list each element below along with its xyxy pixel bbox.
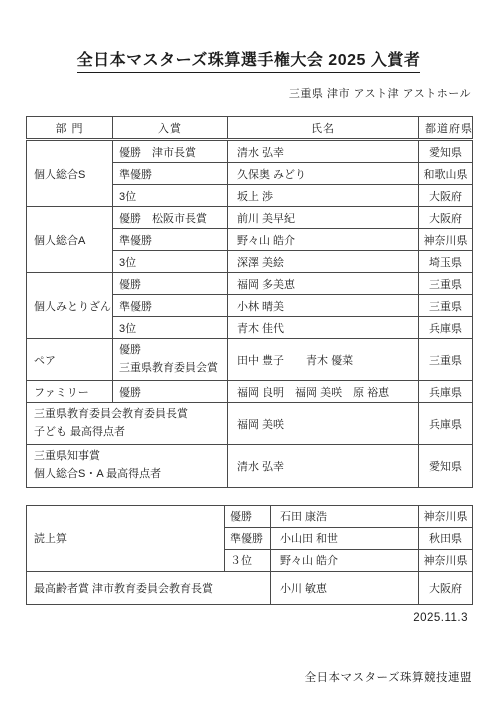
special-award-line-2: 個人総合S・A 最高得点者 (34, 466, 221, 484)
prize-cell: 準優勝 (113, 295, 228, 317)
prize-cell: 優勝 (225, 505, 271, 527)
prefecture-cell: 愛知県 (419, 140, 473, 163)
prize-cell: 3位 (113, 317, 228, 339)
prize-cell: 優勝 三重県教育委員会賞 (113, 339, 228, 381)
category-cell: 個人総合S (27, 140, 113, 207)
prefecture-cell: 埼玉県 (419, 251, 473, 273)
table-row: 個人総合S 優勝 津市長賞 清水 弘幸 愛知県 (27, 140, 473, 163)
prize-cell: 優勝 津市長賞 (113, 140, 228, 163)
header-prefecture: 都道府県 (419, 117, 473, 140)
name-cell: 清水 弘幸 (228, 445, 419, 487)
document-page: 全日本マスターズ珠算選手権大会 2025 入賞者 三重県 津市 アスト津 アスト… (0, 0, 497, 702)
table-row: ファミリー 優勝 福岡 良明 福岡 美咲 原 裕恵 兵庫県 (27, 381, 473, 403)
table-row: 最高齢者賞 津市教育委員会教育長賞 小川 敏恵 大阪府 (27, 571, 473, 604)
prize-cell: 準優勝 (113, 229, 228, 251)
prize-cell: 準優勝 (113, 163, 228, 185)
prefecture-cell: 三重県 (419, 295, 473, 317)
prefecture-cell: 兵庫県 (419, 317, 473, 339)
prize-line-2: 三重県教育委員会賞 (119, 360, 221, 378)
prefecture-cell: 大阪府 (419, 207, 473, 229)
prefecture-cell: 神奈川県 (419, 549, 473, 571)
header-row: 部 門 入賞 氏名 都道府県 (27, 117, 473, 140)
prize-cell: 3位 (113, 185, 228, 207)
group-family: ファミリー 優勝 福岡 良明 福岡 美咲 原 裕恵 兵庫県 (27, 381, 473, 403)
prefecture-cell: 兵庫県 (419, 381, 473, 403)
table-row: 三重県教育委員会教育委員長賞 子ども 最高得点者 福岡 美咲 兵庫県 (27, 403, 473, 445)
prize-cell: 優勝 松阪市長賞 (113, 207, 228, 229)
prefecture-cell: 兵庫県 (419, 403, 473, 445)
table-row: 個人総合A 優勝 松阪市長賞 前川 美早紀 大阪府 (27, 207, 473, 229)
table-row: ペア 優勝 三重県教育委員会賞 田中 豊子 青木 優菜 三重県 (27, 339, 473, 381)
prize-line-1: 優勝 (119, 342, 221, 360)
prefecture-cell: 三重県 (419, 339, 473, 381)
group-kojin-sogo-s: 個人総合S 優勝 津市長賞 清水 弘幸 愛知県 準優勝 久保奥 みどり 和歌山県… (27, 140, 473, 207)
name-cell: 前川 美早紀 (228, 207, 419, 229)
prefecture-cell: 神奈川県 (419, 229, 473, 251)
name-cell: 小林 晴美 (228, 295, 419, 317)
name-cell: 久保奥 みどり (228, 163, 419, 185)
special-award-label-cell: 三重県教育委員会教育委員長賞 子ども 最高得点者 (27, 403, 228, 445)
special-award-label-cell: 三重県知事賞 個人総合S・A 最高得点者 (27, 445, 228, 487)
name-cell: 小川 敏恵 (271, 571, 419, 604)
special-award-line-2: 子ども 最高得点者 (34, 424, 221, 442)
prize-cell: 準優勝 (225, 527, 271, 549)
name-cell: 小山田 和世 (271, 527, 419, 549)
group-kojin-sogo-a: 個人総合A 優勝 松阪市長賞 前川 美早紀 大阪府 準優勝 野々山 皓介 神奈川… (27, 207, 473, 273)
name-cell: 福岡 美咲 (228, 403, 419, 445)
name-cell: 坂上 渉 (228, 185, 419, 207)
prefecture-cell: 大阪府 (419, 571, 473, 604)
header-prize: 入賞 (113, 117, 228, 140)
yomiage-table: 読上算 優勝 石田 康浩 神奈川県 準優勝 小山田 和世 秋田県 ３位 野々山 … (26, 505, 473, 605)
group-special-awards: 三重県教育委員会教育委員長賞 子ども 最高得点者 福岡 美咲 兵庫県 三重県知事… (27, 403, 473, 487)
prefecture-cell: 和歌山県 (419, 163, 473, 185)
category-cell: 読上算 (27, 505, 225, 571)
name-cell: 福岡 良明 福岡 美咲 原 裕恵 (228, 381, 419, 403)
prize-cell: 優勝 (113, 273, 228, 295)
category-cell: ファミリー (27, 381, 113, 403)
title-row: 全日本マスターズ珠算選手権大会 2025 入賞者 (0, 0, 497, 73)
special-award-line-1: 三重県知事賞 (34, 448, 221, 466)
awards-table: 部 門 入賞 氏名 都道府県 個人総合S 優勝 津市長賞 清水 弘幸 愛知県 準… (26, 116, 473, 488)
prefecture-cell: 大阪府 (419, 185, 473, 207)
name-cell: 野々山 皓介 (271, 549, 419, 571)
page-title: 全日本マスターズ珠算選手権大会 2025 入賞者 (77, 47, 421, 73)
prefecture-cell: 神奈川県 (419, 505, 473, 527)
date-text: 2025.11.3 (0, 612, 468, 624)
category-cell: 個人総合A (27, 207, 113, 273)
table-row: 個人みとりざん 優勝 福岡 多美恵 三重県 (27, 273, 473, 295)
prize-cell: 優勝 (113, 381, 228, 403)
table-row: 三重県知事賞 個人総合S・A 最高得点者 清水 弘幸 愛知県 (27, 445, 473, 487)
name-cell: 深澤 美絵 (228, 251, 419, 273)
venue-text: 三重県 津市 アスト津 アストホール (0, 85, 471, 101)
group-kojin-mitorizan: 個人みとりざん 優勝 福岡 多美恵 三重県 準優勝 小林 晴美 三重県 3位 青… (27, 273, 473, 339)
special-award-label-cell: 最高齢者賞 津市教育委員会教育長賞 (27, 571, 271, 604)
prize-cell: 3位 (113, 251, 228, 273)
prefecture-cell: 三重県 (419, 273, 473, 295)
organization-text: 全日本マスターズ珠算競技連盟 (0, 669, 472, 685)
name-cell: 野々山 皓介 (228, 229, 419, 251)
table-row: 読上算 優勝 石田 康浩 神奈川県 (27, 505, 473, 527)
name-cell: 青木 佳代 (228, 317, 419, 339)
header-category: 部 門 (27, 117, 113, 140)
group-pair: ペア 優勝 三重県教育委員会賞 田中 豊子 青木 優菜 三重県 (27, 339, 473, 381)
header-name: 氏名 (228, 117, 419, 140)
name-cell: 福岡 多美恵 (228, 273, 419, 295)
name-cell: 石田 康浩 (271, 505, 419, 527)
prefecture-cell: 愛知県 (419, 445, 473, 487)
prefecture-cell: 秋田県 (419, 527, 473, 549)
category-cell: 個人みとりざん (27, 273, 113, 339)
prize-cell: ３位 (225, 549, 271, 571)
special-award-line-1: 三重県教育委員会教育委員長賞 (34, 406, 221, 424)
name-cell: 清水 弘幸 (228, 140, 419, 163)
name-cell: 田中 豊子 青木 優菜 (228, 339, 419, 381)
category-cell: ペア (27, 339, 113, 381)
